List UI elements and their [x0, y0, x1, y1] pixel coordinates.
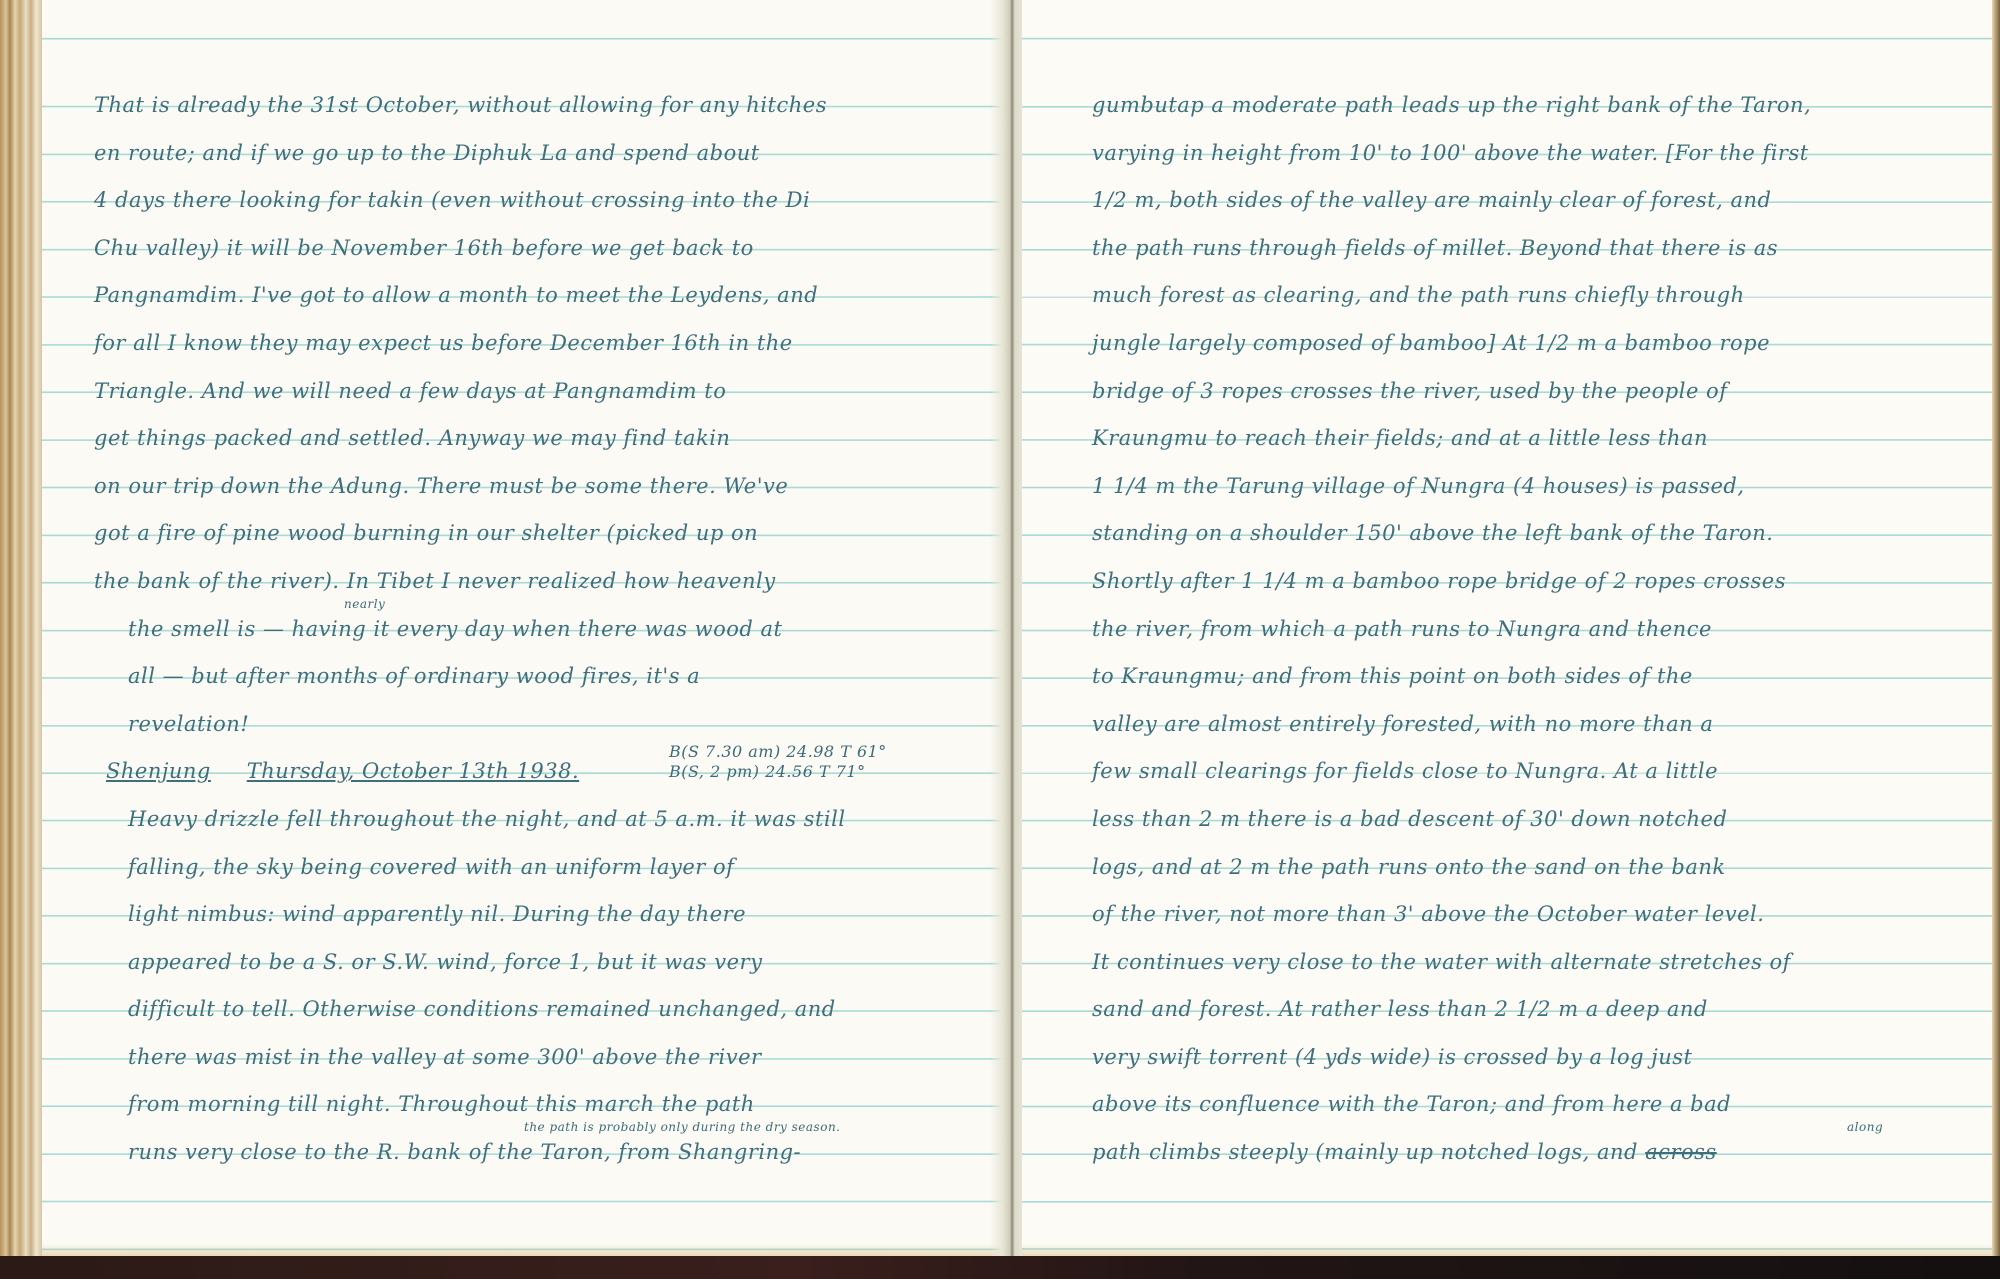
- text-line: few small clearings for fields close to …: [1092, 748, 1992, 796]
- text-line: varying in height from 10' to 100' above…: [1092, 130, 1992, 178]
- text-line: much forest as clearing, and the path ru…: [1092, 272, 1992, 320]
- text-line: en route; and if we go up to the Diphuk …: [94, 130, 994, 178]
- text-line: Chu valley) it will be November 16th bef…: [94, 225, 994, 273]
- text-line-with-insertion: nearly the smell is — having it every da…: [94, 606, 994, 654]
- text-line-with-correction: path climbs steeply (mainly up notched l…: [1092, 1129, 1992, 1177]
- text-line: jungle largely composed of bamboo] At 1/…: [1092, 320, 1992, 368]
- left-page-text: That is already the 31st October, withou…: [94, 82, 994, 1177]
- text-line: all — but after months of ordinary wood …: [94, 653, 994, 701]
- text-line: standing on a shoulder 150' above the le…: [1092, 510, 1992, 558]
- notebook-spread: That is already the 31st October, withou…: [0, 0, 2000, 1258]
- text-line: sand and forest. At rather less than 2 1…: [1092, 986, 1992, 1034]
- text-line: bridge of 3 ropes crosses the river, use…: [1092, 368, 1992, 416]
- text-line: the path runs through fields of millet. …: [1092, 225, 1992, 273]
- text-line: logs, and at 2 m the path runs onto the …: [1092, 844, 1992, 892]
- background-strip: [0, 1256, 2000, 1279]
- text-line: path climbs steeply (mainly up notched l…: [1092, 1140, 1638, 1164]
- text-line: for all I know they may expect us before…: [94, 320, 994, 368]
- interlinear-insertion: the path is probably only during the dry…: [524, 1121, 840, 1133]
- text-line: runs very close to the R. bank of the Ta…: [128, 1140, 801, 1164]
- text-line-with-insertion: the path is probably only during the dry…: [94, 1129, 994, 1177]
- entry-heading: Shenjung Thursday, October 13th 1938. B(…: [94, 748, 994, 796]
- text-line: falling, the sky being covered with an u…: [94, 844, 994, 892]
- text-line: light nimbus: wind apparently nil. Durin…: [94, 891, 994, 939]
- left-page: That is already the 31st October, withou…: [42, 0, 1008, 1258]
- text-line: 1 1/4 m the Tarung village of Nungra (4 …: [1092, 463, 1992, 511]
- text-line: appeared to be a S. or S.W. wind, force …: [94, 939, 994, 987]
- right-page-text: gumbutap a moderate path leads up the ri…: [1092, 82, 1992, 1177]
- baro-reading-afternoon: B(S, 2 pm) 24.56 T 71°: [669, 762, 887, 782]
- text-line: get things packed and settled. Anyway we…: [94, 415, 994, 463]
- text-line: Shortly after 1 1/4 m a bamboo rope brid…: [1092, 558, 1992, 606]
- right-page: gumbutap a moderate path leads up the ri…: [1022, 0, 2000, 1258]
- text-line: very swift torrent (4 yds wide) is cross…: [1092, 1034, 1992, 1082]
- text-line: Heavy drizzle fell throughout the night,…: [94, 796, 994, 844]
- struck-word: across: [1645, 1140, 1717, 1164]
- book-binding-edge: [0, 0, 42, 1258]
- entry-place: Shenjung: [106, 759, 211, 783]
- text-line: That is already the 31st October, withou…: [94, 82, 994, 130]
- text-line: less than 2 m there is a bad descent of …: [1092, 796, 1992, 844]
- text-line: difficult to tell. Otherwise conditions …: [94, 986, 994, 1034]
- text-line: Triangle. And we will need a few days at…: [94, 368, 994, 416]
- text-line: Kraungmu to reach their fields; and at a…: [1092, 415, 1992, 463]
- page-right-edge: [1992, 0, 2000, 1258]
- interlinear-insertion: nearly: [344, 598, 385, 610]
- text-line: gumbutap a moderate path leads up the ri…: [1092, 82, 1992, 130]
- barometer-readings: B(S 7.30 am) 24.98 T 61° B(S, 2 pm) 24.5…: [669, 742, 887, 782]
- text-line: got a fire of pine wood burning in our s…: [94, 510, 994, 558]
- text-line: 1/2 m, both sides of the valley are main…: [1092, 177, 1992, 225]
- text-line: on our trip down the Adung. There must b…: [94, 463, 994, 511]
- baro-reading-morning: B(S 7.30 am) 24.98 T 61°: [669, 742, 887, 762]
- text-line: of the river, not more than 3' above the…: [1092, 891, 1992, 939]
- text-line: the smell is — having it every day when …: [128, 617, 782, 641]
- text-line: the river, from which a path runs to Nun…: [1092, 606, 1992, 654]
- text-line: 4 days there looking for takin (even wit…: [94, 177, 994, 225]
- text-line: revelation!: [94, 701, 994, 749]
- text-line: Pangnamdim. I've got to allow a month to…: [94, 272, 994, 320]
- entry-date: Thursday, October 13th 1938.: [247, 759, 579, 783]
- interlinear-insertion: along: [1847, 1121, 1883, 1133]
- text-line: to Kraungmu; and from this point on both…: [1092, 653, 1992, 701]
- text-line: valley are almost entirely forested, wit…: [1092, 701, 1992, 749]
- text-line: the bank of the river). In Tibet I never…: [94, 558, 994, 606]
- text-line: It continues very close to the water wit…: [1092, 939, 1992, 987]
- text-line: there was mist in the valley at some 300…: [94, 1034, 994, 1082]
